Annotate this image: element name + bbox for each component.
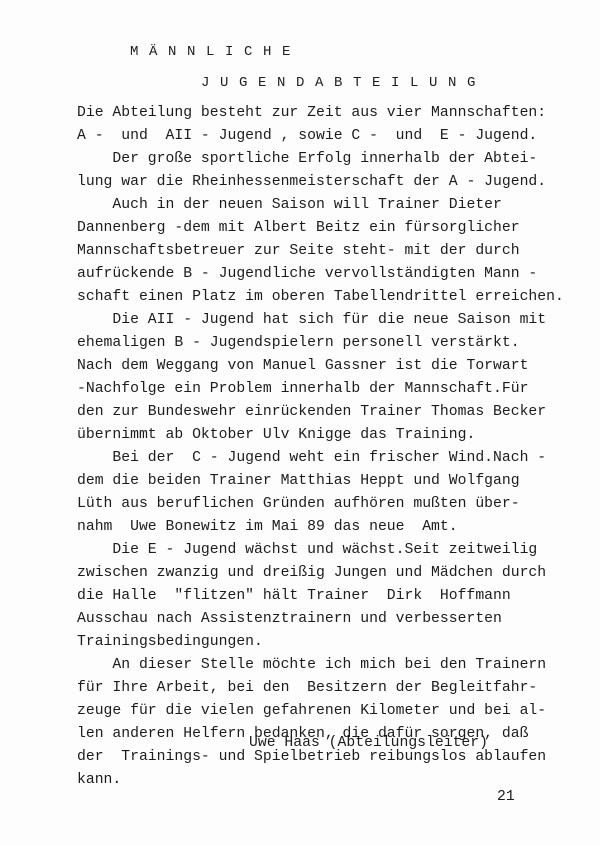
text-line: nahm Uwe Bonewitz im Mai 89 das neue Amt… [77, 516, 577, 539]
text-line: Dannenberg -dem mit Albert Beitz ein für… [77, 217, 577, 240]
title-line-1: MÄNNLICHE [130, 44, 301, 60]
body-text: Die Abteilung besteht zur Zeit aus vier … [77, 102, 577, 792]
text-line: übernimmt ab Oktober Ulv Knigge das Trai… [77, 424, 577, 447]
text-line: Der große sportliche Erfolg innerhalb de… [77, 148, 577, 171]
text-line: Bei der C - Jugend weht ein frischer Win… [77, 447, 577, 470]
text-line: schaft einen Platz im oberen Tabellendri… [77, 286, 577, 309]
text-line: für Ihre Arbeit, bei den Besitzern der B… [77, 677, 577, 700]
page-number: 21 [497, 789, 515, 805]
text-line: Auch in der neuen Saison will Trainer Di… [77, 194, 577, 217]
text-line: Nach dem Weggang von Manuel Gassner ist … [77, 355, 577, 378]
document-page: MÄNNLICHE JUGENDABTEILUNG Die Abteilung … [0, 0, 600, 845]
text-line: lung war die Rheinhessenmeisterschaft de… [77, 171, 577, 194]
text-line: Trainingsbedingungen. [77, 631, 577, 654]
text-line: Lüth aus beruflichen Gründen aufhören mu… [77, 493, 577, 516]
text-line: An dieser Stelle möchte ich mich bei den… [77, 654, 577, 677]
text-line: dem die beiden Trainer Matthias Heppt un… [77, 470, 577, 493]
text-line: zeuge für die vielen gefahrenen Kilomete… [77, 700, 577, 723]
text-line: Die AII - Jugend hat sich für die neue S… [77, 309, 577, 332]
text-line: A - und AII - Jugend , sowie C - und E -… [77, 125, 577, 148]
text-line: -Nachfolge ein Problem innerhalb der Man… [77, 378, 577, 401]
text-line: aufrückende B - Jugendliche vervollständ… [77, 263, 577, 286]
signature: Uwe Haas (Abteilungsleiter) [249, 735, 488, 751]
text-line: Die E - Jugend wächst und wächst.Seit ze… [77, 539, 577, 562]
text-line: die Halle "flitzen" hält Trainer Dirk Ho… [77, 585, 577, 608]
text-line: Ausschau nach Assistenztrainern und verb… [77, 608, 577, 631]
text-line: Die Abteilung besteht zur Zeit aus vier … [77, 102, 577, 125]
title-line-2: JUGENDABTEILUNG [201, 75, 486, 91]
text-line: Mannschaftsbetreuer zur Seite steht- mit… [77, 240, 577, 263]
text-line: ehemaligen B - Jugendspielern personell … [77, 332, 577, 355]
text-line: den zur Bundeswehr einrückenden Trainer … [77, 401, 577, 424]
text-line: zwischen zwanzig und dreißig Jungen und … [77, 562, 577, 585]
